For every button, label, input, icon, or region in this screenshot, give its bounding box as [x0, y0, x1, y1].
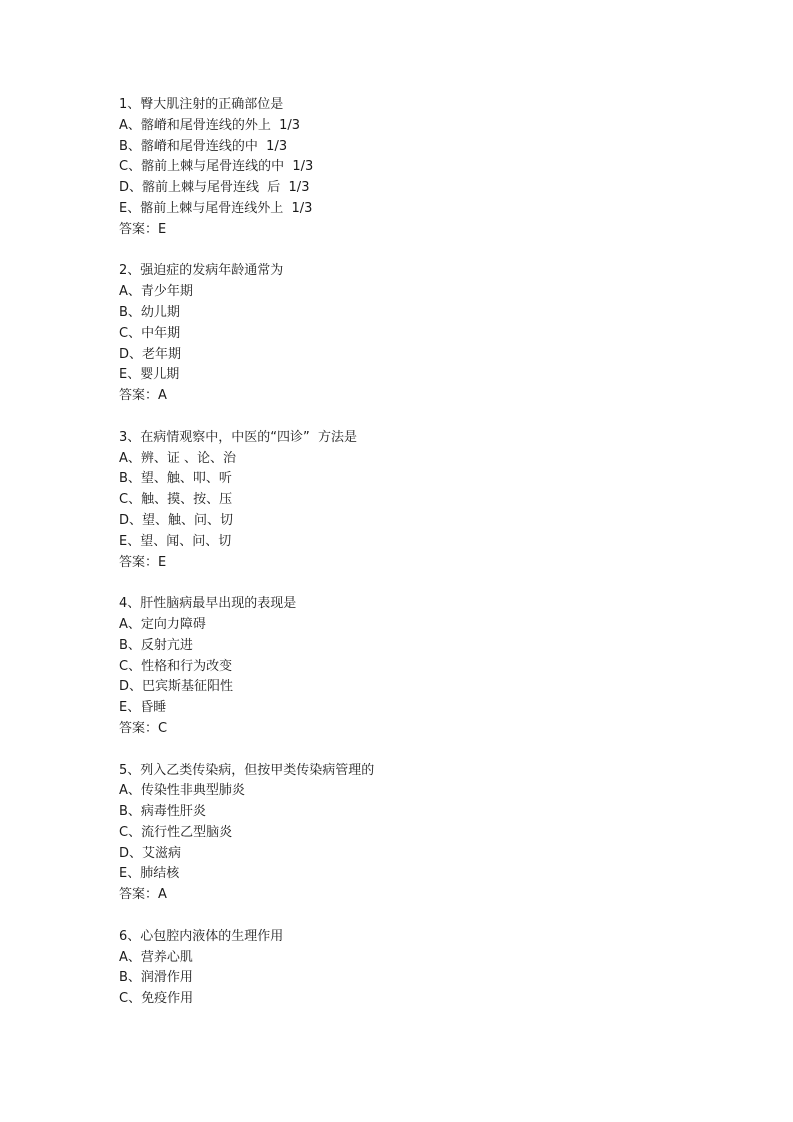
question-stem: 1、臀大肌注射的正确部位是: [119, 95, 719, 116]
question-3: 3、在病情观察中，中医的“四诊” 方法是 A、辨、证 、论、治 B、望、触、叩、…: [119, 428, 719, 574]
option-a: A、辨、证 、论、治: [119, 449, 719, 470]
option-e: E、髂前上棘与尾骨连线外上 1/3: [119, 199, 719, 220]
option-e: E、婴儿期: [119, 365, 719, 386]
option-a: A、髂嵴和尾骨连线的外上 1/3: [119, 116, 719, 137]
option-b: B、望、触、叩、听: [119, 469, 719, 490]
option-b: B、髂嵴和尾骨连线的中 1/3: [119, 137, 719, 158]
option-a: A、营养心肌: [119, 948, 719, 969]
option-d: D、老年期: [119, 345, 719, 366]
option-c: C、性格和行为改变: [119, 657, 719, 678]
answer: 答案：E: [119, 220, 719, 241]
option-c: C、免疫作用: [119, 989, 719, 1010]
option-d: D、艾滋病: [119, 844, 719, 865]
question-stem: 6、心包腔内液体的生理作用: [119, 927, 719, 948]
answer: 答案：A: [119, 885, 719, 906]
option-c: C、流行性乙型脑炎: [119, 823, 719, 844]
question-1: 1、臀大肌注射的正确部位是 A、髂嵴和尾骨连线的外上 1/3 B、髂嵴和尾骨连线…: [119, 95, 719, 241]
question-4: 4、肝性脑病最早出现的表现是 A、定向力障碍 B、反射亢进 C、性格和行为改变 …: [119, 594, 719, 740]
option-e: E、肺结核: [119, 864, 719, 885]
question-stem: 3、在病情观察中，中医的“四诊” 方法是: [119, 428, 719, 449]
option-c: C、触、摸、按、压: [119, 490, 719, 511]
option-a: A、青少年期: [119, 282, 719, 303]
answer: 答案：C: [119, 719, 719, 740]
option-a: A、定向力障碍: [119, 615, 719, 636]
option-d: D、髂前上棘与尾骨连线 后 1/3: [119, 178, 719, 199]
question-5: 5、列入乙类传染病，但按甲类传染病管理的 A、传染性非典型肺炎 B、病毒性肝炎 …: [119, 761, 719, 907]
option-b: B、反射亢进: [119, 636, 719, 657]
option-d: D、巴宾斯基征阳性: [119, 677, 719, 698]
option-c: C、中年期: [119, 324, 719, 345]
question-6: 6、心包腔内液体的生理作用 A、营养心肌 B、润滑作用 C、免疫作用: [119, 927, 719, 1010]
option-e: E、望、闻、问、切: [119, 532, 719, 553]
option-d: D、望、触、问、切: [119, 511, 719, 532]
question-2: 2、强迫症的发病年龄通常为 A、青少年期 B、幼儿期 C、中年期 D、老年期 E…: [119, 261, 719, 407]
question-stem: 5、列入乙类传染病，但按甲类传染病管理的: [119, 761, 719, 782]
option-a: A、传染性非典型肺炎: [119, 781, 719, 802]
document-page: 1、臀大肌注射的正确部位是 A、髂嵴和尾骨连线的外上 1/3 B、髂嵴和尾骨连线…: [119, 95, 719, 1031]
option-b: B、润滑作用: [119, 968, 719, 989]
option-e: E、昏睡: [119, 698, 719, 719]
option-c: C、髂前上棘与尾骨连线的中 1/3: [119, 157, 719, 178]
question-stem: 4、肝性脑病最早出现的表现是: [119, 594, 719, 615]
option-b: B、病毒性肝炎: [119, 802, 719, 823]
question-stem: 2、强迫症的发病年龄通常为: [119, 261, 719, 282]
answer: 答案：A: [119, 386, 719, 407]
option-b: B、幼儿期: [119, 303, 719, 324]
answer: 答案：E: [119, 553, 719, 574]
